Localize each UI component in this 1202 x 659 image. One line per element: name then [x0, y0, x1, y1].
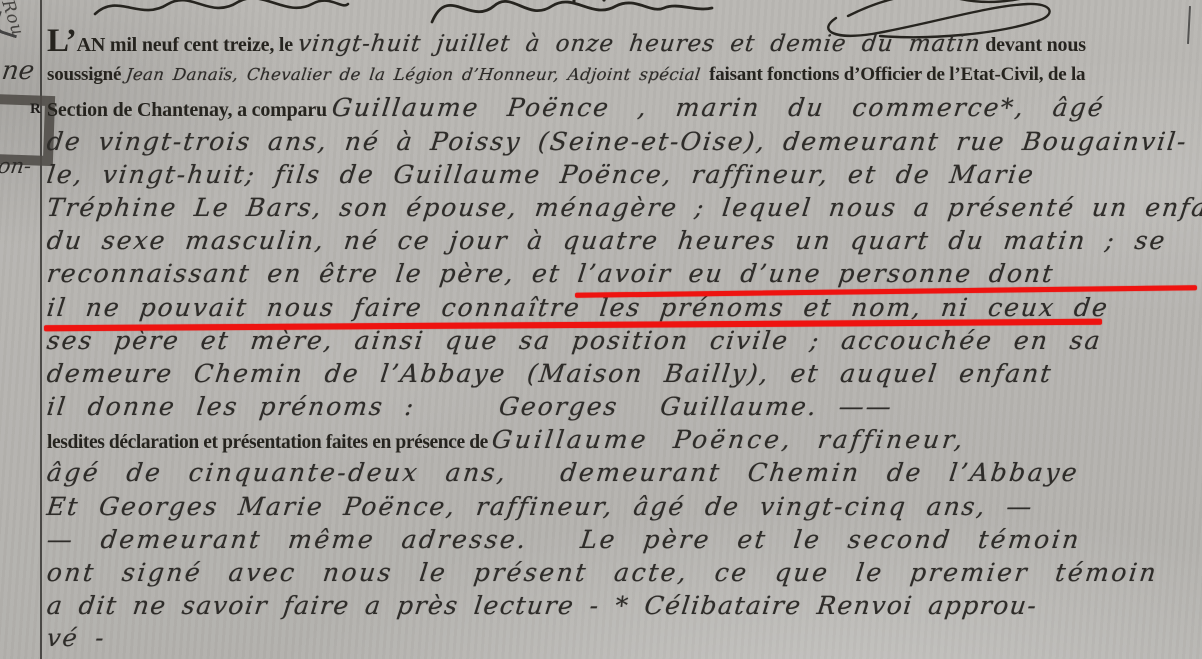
act-line-17: ont signé avec nous le présent acte, ce … [47, 556, 1199, 589]
handwritten-text: du sexe masculin, né ce jour à quatre he… [45, 224, 1168, 257]
handwritten-text: Jean Danaïs, Chevalier de la Légion d’Ho… [124, 58, 711, 91]
act-line-13: lesdites déclaration et présentation fai… [47, 423, 1199, 456]
act-line-5: le, vingt-huit; fils de Guillaume Poënce… [47, 158, 1199, 191]
act-line-12: il donne les prénoms : Georges Guillaume… [47, 390, 1199, 423]
scanned-birth-act-page: Rou ne R on- L’AN mil neuf cent treize, … [0, 0, 1202, 659]
act-line-18: a dit ne savoir faire a près lecture - *… [47, 589, 1199, 622]
act-line-7: du sexe masculin, né ce jour à quatre he… [47, 224, 1199, 257]
printed-form-text: Section de Chantenay, a comparu [47, 94, 332, 127]
handwritten-text: reconnaissant en être le père, et l’avoi… [45, 257, 1056, 290]
handwritten-text: vingt-huit juillet à onze heures et demi… [296, 28, 983, 61]
handwritten-text: — demeurant même adresse. Le père et le … [45, 523, 1083, 556]
act-line-16: — demeurant même adresse. Le père et le … [47, 523, 1199, 556]
printed-form-text: L’AN mil neuf cent treize, le [47, 25, 298, 62]
handwritten-text: ont signé avec nous le présent acte, ce … [45, 556, 1160, 589]
act-line-8: reconnaissant en être le père, et l’avoi… [47, 257, 1199, 290]
signature-fragment-center [432, 0, 712, 22]
margin-r-mark: R [30, 101, 41, 118]
act-line-2: soussigné Jean Danaïs, Chevalier de la L… [47, 58, 1199, 91]
handwritten-text: Guillaume Poënce , marin du commerce*, â… [330, 91, 1107, 124]
act-line-11: demeure Chemin de l’Abbaye (Maison Baill… [47, 357, 1199, 390]
handwritten-text: le, vingt-huit; fils de Guillaume Poënce… [45, 158, 1037, 191]
act-line-6: Tréphine Le Bars, son épouse, ménagère ;… [47, 191, 1199, 224]
act-line-19: vé - [47, 622, 1199, 655]
act-body: L’AN mil neuf cent treize, le vingt-huit… [47, 25, 1199, 656]
printed-form-text: lesdites déclaration et présentation fai… [47, 426, 492, 459]
handwritten-text: il donne les prénoms : Georges Guillaume… [45, 390, 895, 423]
handwritten-text: de vingt-trois ans, né à Poissy (Seine-e… [45, 125, 1190, 158]
handwritten-text: Guillaume Poënce, raffineur, [490, 423, 968, 456]
printed-form-text: faisant fonctions d’Officier de l’Etat-C… [709, 58, 1085, 91]
act-line-14: âgé de cinquante-deux ans, demeurant Che… [47, 456, 1199, 489]
handwritten-text: Tréphine Le Bars, son épouse, ménagère ;… [45, 191, 1202, 224]
act-line-3: Section de Chantenay, a comparu Guillaum… [47, 91, 1199, 124]
handwritten-text: Et Georges Marie Poënce, raffineur, âgé … [45, 490, 1036, 523]
act-line-1: L’AN mil neuf cent treize, le vingt-huit… [47, 25, 1199, 58]
margin-scrap-ne: ne [0, 56, 36, 86]
signature-fragment-left [95, 0, 348, 14]
act-line-4: de vingt-trois ans, né à Poissy (Seine-e… [47, 125, 1199, 158]
act-line-15: Et Georges Marie Poënce, raffineur, âgé … [47, 490, 1199, 523]
handwritten-text: a dit ne savoir faire a près lecture - *… [45, 589, 1040, 622]
printed-form-text: soussigné [47, 58, 126, 91]
handwritten-text: vé - [45, 622, 108, 655]
handwritten-text: demeure Chemin de l’Abbaye (Maison Baill… [45, 357, 1055, 390]
margin-scrap-on: on- [0, 154, 33, 178]
handwritten-text: âgé de cinquante-deux ans, demeurant Che… [45, 456, 1081, 489]
